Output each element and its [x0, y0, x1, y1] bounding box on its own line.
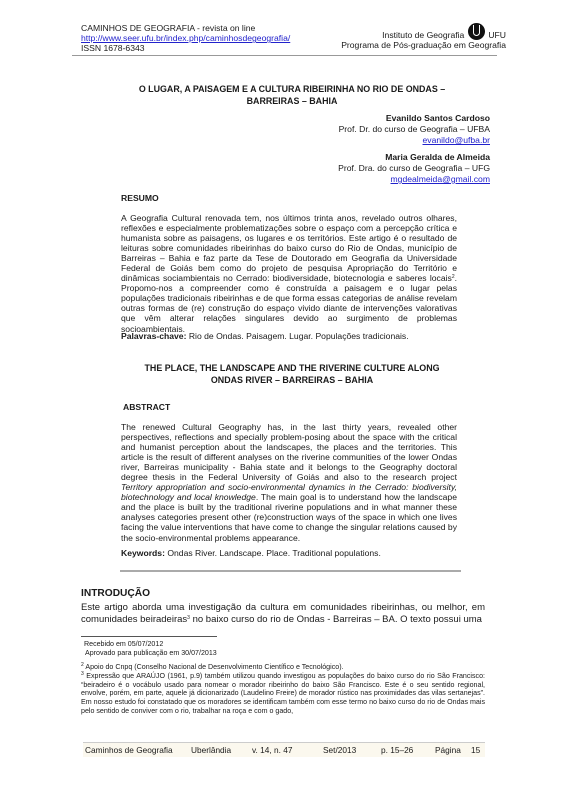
- intro-text: Este artigo aborda uma investigação da c…: [81, 602, 485, 626]
- intro-heading: INTRODUÇÃO: [81, 588, 150, 599]
- footer-page-label: Página: [435, 743, 461, 757]
- footnote-divider: [81, 636, 217, 637]
- header-divider: [72, 55, 497, 56]
- program-name: Programa de Pós-graduação em Geografia: [341, 40, 506, 50]
- page-footer: Caminhos de Geografia Uberlândia v. 14, …: [83, 742, 485, 757]
- abstract-heading: ABSTRACT: [123, 402, 170, 412]
- title-line-1: THE PLACE, THE LANDSCAPE AND THE RIVERIN…: [82, 363, 502, 375]
- footer-volume: v. 14, n. 47: [252, 743, 292, 757]
- footer-date: Set/2013: [323, 743, 356, 757]
- keywords-label: Keywords:: [121, 548, 165, 558]
- author-1: Evanildo Santos Cardoso Prof. Dr. do cur…: [339, 113, 490, 146]
- abstract-divider: [120, 570, 461, 572]
- footnote-number: 2: [81, 662, 84, 668]
- resumo-text-part: A Geografia Cultural renovada tem, nos ú…: [121, 213, 457, 283]
- title-line-2: ONDAS RIVER – BARREIRAS – BAHIA: [82, 375, 502, 387]
- ufu-logo-icon: [468, 23, 485, 40]
- title-line-2: BARREIRAS – BAHIA: [82, 96, 502, 108]
- keywords-value: Rio de Ondas. Paisagem. Lugar. Populaçõe…: [189, 331, 409, 341]
- author-2: Maria Geralda de Almeida Prof. Dra. do c…: [338, 152, 490, 185]
- keywords-label: Palavras-chave:: [121, 331, 186, 341]
- title-line-1: O LUGAR, A PAISAGEM E A CULTURA RIBEIRIN…: [82, 84, 502, 96]
- footnote-item: 2 Apoio do Cnpq (Conselho Nacional de De…: [81, 663, 485, 672]
- footnote-item: 3 Expressão que ARAÚJO (1961, p.9) també…: [81, 672, 485, 716]
- abstract-keywords: Keywords: Ondas River. Landscape. Place.…: [121, 548, 381, 558]
- author-email-link[interactable]: evanildo@ufba.br: [423, 135, 491, 145]
- abstract-text: The renewed Cultural Geography has, in t…: [121, 422, 457, 543]
- footnotes: 2 Apoio do Cnpq (Conselho Nacional de De…: [81, 663, 485, 716]
- article-title-pt: O LUGAR, A PAISAGEM E A CULTURA RIBEIRIN…: [82, 84, 502, 107]
- issn: ISSN 1678-6343: [81, 43, 290, 53]
- author-email-link[interactable]: mgdealmeida@gmail.com: [391, 174, 490, 184]
- resumo-heading: RESUMO: [121, 193, 159, 203]
- author-role: Prof. Dr. do curso de Geografia – UFBA: [339, 124, 490, 135]
- author-role: Prof. Dra. do curso de Geografia – UFG: [338, 163, 490, 174]
- approved-date: Aprovado para publicação em 30/07/2013: [85, 649, 217, 658]
- received-date: Recebido em 05/07/2012: [84, 640, 163, 649]
- keywords-value: Ondas River. Landscape. Place. Tradition…: [167, 548, 381, 558]
- footnote-text: Expressão que ARAÚJO (1961, p.9) também …: [81, 672, 485, 715]
- institute-name: Instituto de Geografia: [382, 30, 464, 40]
- resumo-text: A Geografia Cultural renovada tem, nos ú…: [121, 213, 457, 334]
- abstract-text-part: The renewed Cultural Geography has, in t…: [121, 422, 457, 482]
- university-name: UFU: [488, 30, 506, 40]
- article-title-en: THE PLACE, THE LANDSCAPE AND THE RIVERIN…: [82, 363, 502, 386]
- footnote-text: Apoio do Cnpq (Conselho Nacional de Dese…: [85, 663, 343, 671]
- institution-header: Instituto de GeografiaUFU Programa de Pó…: [341, 32, 506, 50]
- journal-name: CAMINHOS DE GEOGRAFIA - revista on line: [81, 23, 290, 33]
- author-name: Maria Geralda de Almeida: [338, 152, 490, 163]
- journal-url-link[interactable]: http://www.seer.ufu.br/index.php/caminho…: [81, 33, 290, 43]
- footer-page-number: 15: [471, 743, 480, 757]
- footer-journal: Caminhos de Geografia: [85, 743, 173, 757]
- journal-header: CAMINHOS DE GEOGRAFIA - revista on line …: [81, 23, 290, 54]
- footnote-number: 3: [81, 671, 84, 677]
- footer-pages: p. 15–26: [381, 743, 413, 757]
- resumo-keywords: Palavras-chave: Rio de Ondas. Paisagem. …: [121, 331, 409, 341]
- footer-city: Uberlândia: [191, 743, 231, 757]
- intro-text-part: no baixo curso do rio de Ondas - Barreir…: [190, 614, 482, 625]
- author-name: Evanildo Santos Cardoso: [339, 113, 490, 124]
